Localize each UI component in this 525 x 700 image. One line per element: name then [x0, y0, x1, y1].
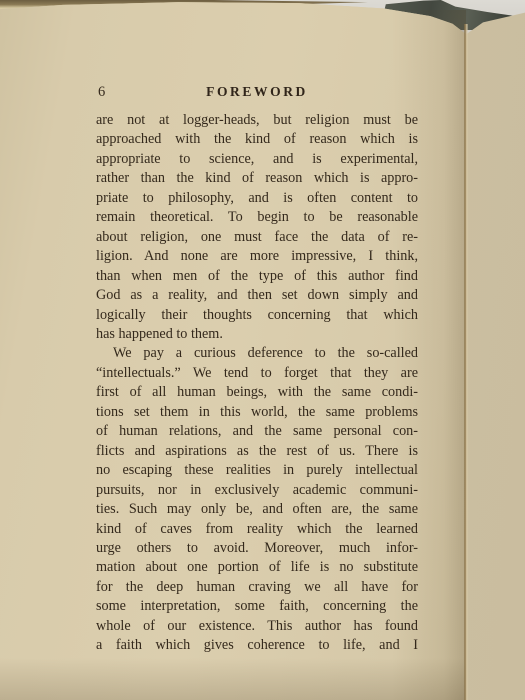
- text-line: ties. Such may only be, and often are, t…: [96, 500, 418, 519]
- text-line: no escaping these realities in purely in…: [96, 461, 418, 480]
- gutter-crease: [464, 24, 468, 700]
- text-line: ligion. And none are more impressive, I …: [96, 247, 418, 266]
- text-line: of human relations, and the same persona…: [96, 422, 418, 441]
- text-line: remain theoretical. To begin to be reaso…: [96, 208, 418, 227]
- text-line: pursuits, nor in exclusively academic co…: [96, 481, 418, 500]
- text-line: kind of caves from reality which the lea…: [96, 520, 418, 539]
- text-line: for the deep human craving we all have f…: [96, 578, 418, 597]
- text-line: approached with the kind of reason which…: [96, 130, 418, 149]
- text-line: flicts and aspirations as the rest of us…: [96, 442, 418, 461]
- text-line: God as a reality, and then set down simp…: [96, 286, 418, 305]
- text-line: whole of our existence. This author has …: [96, 617, 418, 636]
- text-line: than when men of the type of this author…: [96, 267, 418, 286]
- page-header: 6 FOREWORD: [96, 84, 418, 104]
- text-line: a faith which gives coherence to life, a…: [96, 636, 418, 655]
- text-line: “intellectuals.” We tend to forget that …: [96, 364, 418, 383]
- text-line: priate to philosophy, and is often conte…: [96, 189, 418, 208]
- text-line: logically their thoughts concerning that…: [96, 306, 418, 325]
- text-line: appropriate to science, and is experimen…: [96, 150, 418, 169]
- text-line: has happened to them.: [96, 325, 418, 344]
- text-line: urge others to avoid. Moreover, much inf…: [96, 539, 418, 558]
- text-line: mation about one portion of life is no s…: [96, 558, 418, 577]
- text-line: tions set them in this world, the same p…: [96, 403, 418, 422]
- text-block: are not at logger-heads, but religion mu…: [96, 111, 418, 656]
- text-line: rather than the kind of reason which is …: [96, 169, 418, 188]
- text-line: some interpretation, some faith, concern…: [96, 597, 418, 616]
- text-line: about religion, one must face the data o…: [96, 228, 418, 247]
- book-photo: 6 FOREWORD are not at logger-heads, but …: [0, 0, 525, 700]
- text-line: We pay a curious deference to the so-cal…: [96, 344, 418, 363]
- text-line: first of all human beings, with the same…: [96, 383, 418, 402]
- running-header: FOREWORD: [96, 84, 418, 100]
- text-line: are not at logger-heads, but religion mu…: [96, 111, 418, 130]
